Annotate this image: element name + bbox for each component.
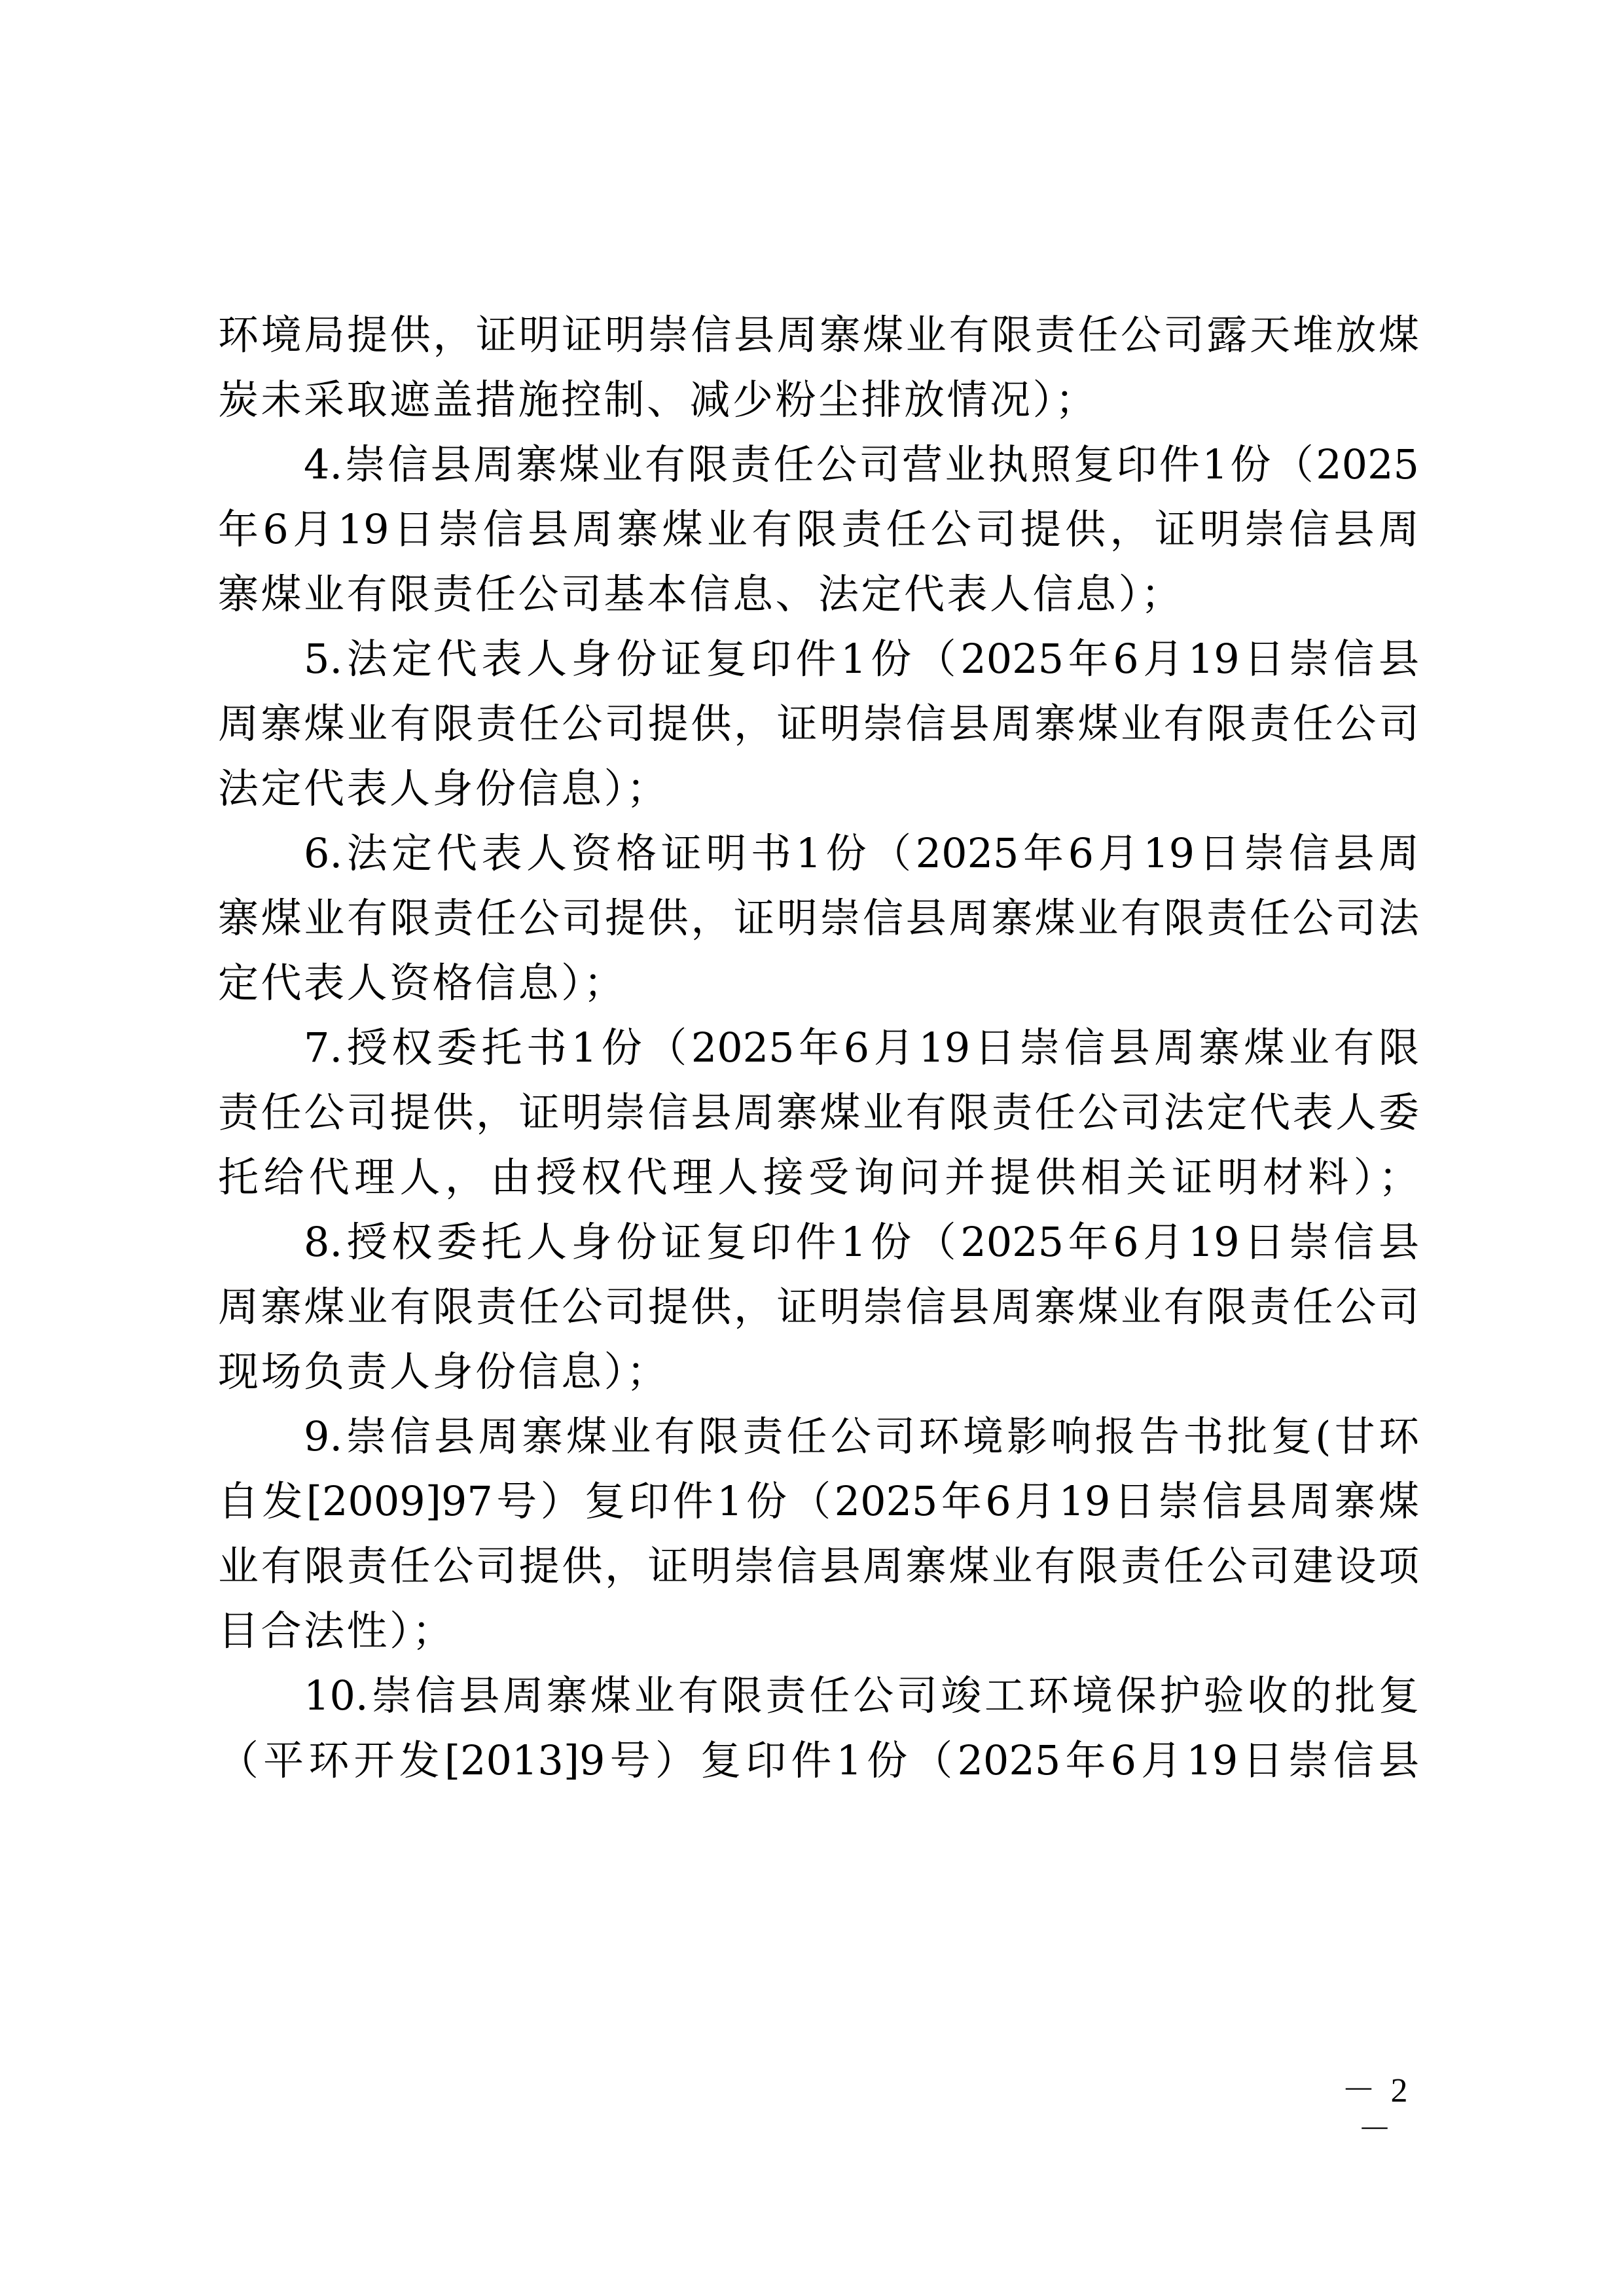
page-number: － 2 － (1322, 2072, 1427, 2111)
line-text: 寨煤业有限责任公司提供，证明崇信县周寨煤业有限责任公司法 (218, 886, 1419, 950)
line-text: 寨煤业有限责任公司基本信息、法定代表人信息）； (218, 562, 1419, 626)
line-text: 4.崇信县周寨煤业有限责任公司营业执照复印件1份（2025 (304, 432, 1419, 497)
text-line: 寨煤业有限责任公司提供，证明崇信县周寨煤业有限责任公司法 (218, 886, 1419, 950)
text-line: 目合法性）； (218, 1598, 1419, 1663)
text-line: 托给代理人，由授权代理人接受询问并提供相关证明材料）； (218, 1145, 1419, 1210)
text-line: 7.授权委托书1份（2025年6月19日崇信县周寨煤业有限 (218, 1015, 1419, 1080)
text-line: 周寨煤业有限责任公司提供，证明崇信县周寨煤业有限责任公司 (218, 1274, 1419, 1339)
line-text: 周寨煤业有限责任公司提供，证明崇信县周寨煤业有限责任公司 (218, 1274, 1419, 1339)
line-text: 自发[2009]97号）复印件1份（2025年6月19日崇信县周寨煤 (218, 1469, 1419, 1534)
line-text: 5.法定代表人身份证复印件1份（2025年6月19日崇信县 (304, 626, 1419, 691)
line-text: 托给代理人，由授权代理人接受询问并提供相关证明材料）； (218, 1145, 1419, 1210)
text-line: 5.法定代表人身份证复印件1份（2025年6月19日崇信县 (218, 626, 1419, 691)
body-text: 环境局提供，证明证明崇信县周寨煤业有限责任公司露天堆放煤 炭未采取遮盖措施控制、… (218, 302, 1419, 1793)
line-text: 周寨煤业有限责任公司提供，证明崇信县周寨煤业有限责任公司 (218, 691, 1419, 756)
line-text: 环境局提供，证明证明崇信县周寨煤业有限责任公司露天堆放煤 (218, 302, 1419, 367)
line-text: 现场负责人身份信息）； (218, 1339, 1419, 1404)
line-text: 定代表人资格信息）； (218, 950, 1419, 1015)
text-line: 周寨煤业有限责任公司提供，证明崇信县周寨煤业有限责任公司 (218, 691, 1419, 756)
text-line: 8.授权委托人身份证复印件1份（2025年6月19日崇信县 (218, 1210, 1419, 1274)
line-text: 炭未采取遮盖措施控制、减少粉尘排放情况）； (218, 367, 1419, 432)
text-line: 自发[2009]97号）复印件1份（2025年6月19日崇信县周寨煤 (218, 1469, 1419, 1534)
line-text: 责任公司提供，证明崇信县周寨煤业有限责任公司法定代表人委 (218, 1080, 1419, 1145)
text-line: 4.崇信县周寨煤业有限责任公司营业执照复印件1份（2025 (218, 432, 1419, 497)
line-text: 6.法定代表人资格证明书1份（2025年6月19日崇信县周 (304, 821, 1419, 886)
line-text: 目合法性）； (218, 1598, 1419, 1663)
text-line: 9.崇信县周寨煤业有限责任公司环境影响报告书批复(甘环 (218, 1404, 1419, 1469)
text-line: 责任公司提供，证明崇信县周寨煤业有限责任公司法定代表人委 (218, 1080, 1419, 1145)
text-line: 环境局提供，证明证明崇信县周寨煤业有限责任公司露天堆放煤 (218, 302, 1419, 367)
line-text: （平环开发[2013]9号）复印件1份（2025年6月19日崇信县 (218, 1728, 1419, 1793)
line-text: 10.崇信县周寨煤业有限责任公司竣工环境保护验收的批复 (304, 1663, 1419, 1728)
text-line: 年6月19日崇信县周寨煤业有限责任公司提供，证明崇信县周 (218, 497, 1419, 562)
line-text: 业有限责任公司提供，证明崇信县周寨煤业有限责任公司建设项 (218, 1534, 1419, 1598)
text-line: 6.法定代表人资格证明书1份（2025年6月19日崇信县周 (218, 821, 1419, 886)
document-page: 环境局提供，证明证明崇信县周寨煤业有限责任公司露天堆放煤 炭未采取遮盖措施控制、… (0, 0, 1624, 2296)
text-line: 寨煤业有限责任公司基本信息、法定代表人信息）； (218, 562, 1419, 626)
line-text: 8.授权委托人身份证复印件1份（2025年6月19日崇信县 (304, 1210, 1419, 1274)
text-line: 定代表人资格信息）； (218, 950, 1419, 1015)
line-text: 年6月19日崇信县周寨煤业有限责任公司提供，证明崇信县周 (218, 497, 1419, 562)
text-line: 现场负责人身份信息）； (218, 1339, 1419, 1404)
text-line: 10.崇信县周寨煤业有限责任公司竣工环境保护验收的批复 (218, 1663, 1419, 1728)
text-line: 法定代表人身份信息）； (218, 756, 1419, 821)
line-text: 9.崇信县周寨煤业有限责任公司环境影响报告书批复(甘环 (304, 1404, 1419, 1469)
text-line: （平环开发[2013]9号）复印件1份（2025年6月19日崇信县 (218, 1728, 1419, 1793)
text-line: 业有限责任公司提供，证明崇信县周寨煤业有限责任公司建设项 (218, 1534, 1419, 1598)
line-text: 7.授权委托书1份（2025年6月19日崇信县周寨煤业有限 (304, 1015, 1419, 1080)
text-line: 炭未采取遮盖措施控制、减少粉尘排放情况）； (218, 367, 1419, 432)
line-text: 法定代表人身份信息）； (218, 756, 1419, 821)
